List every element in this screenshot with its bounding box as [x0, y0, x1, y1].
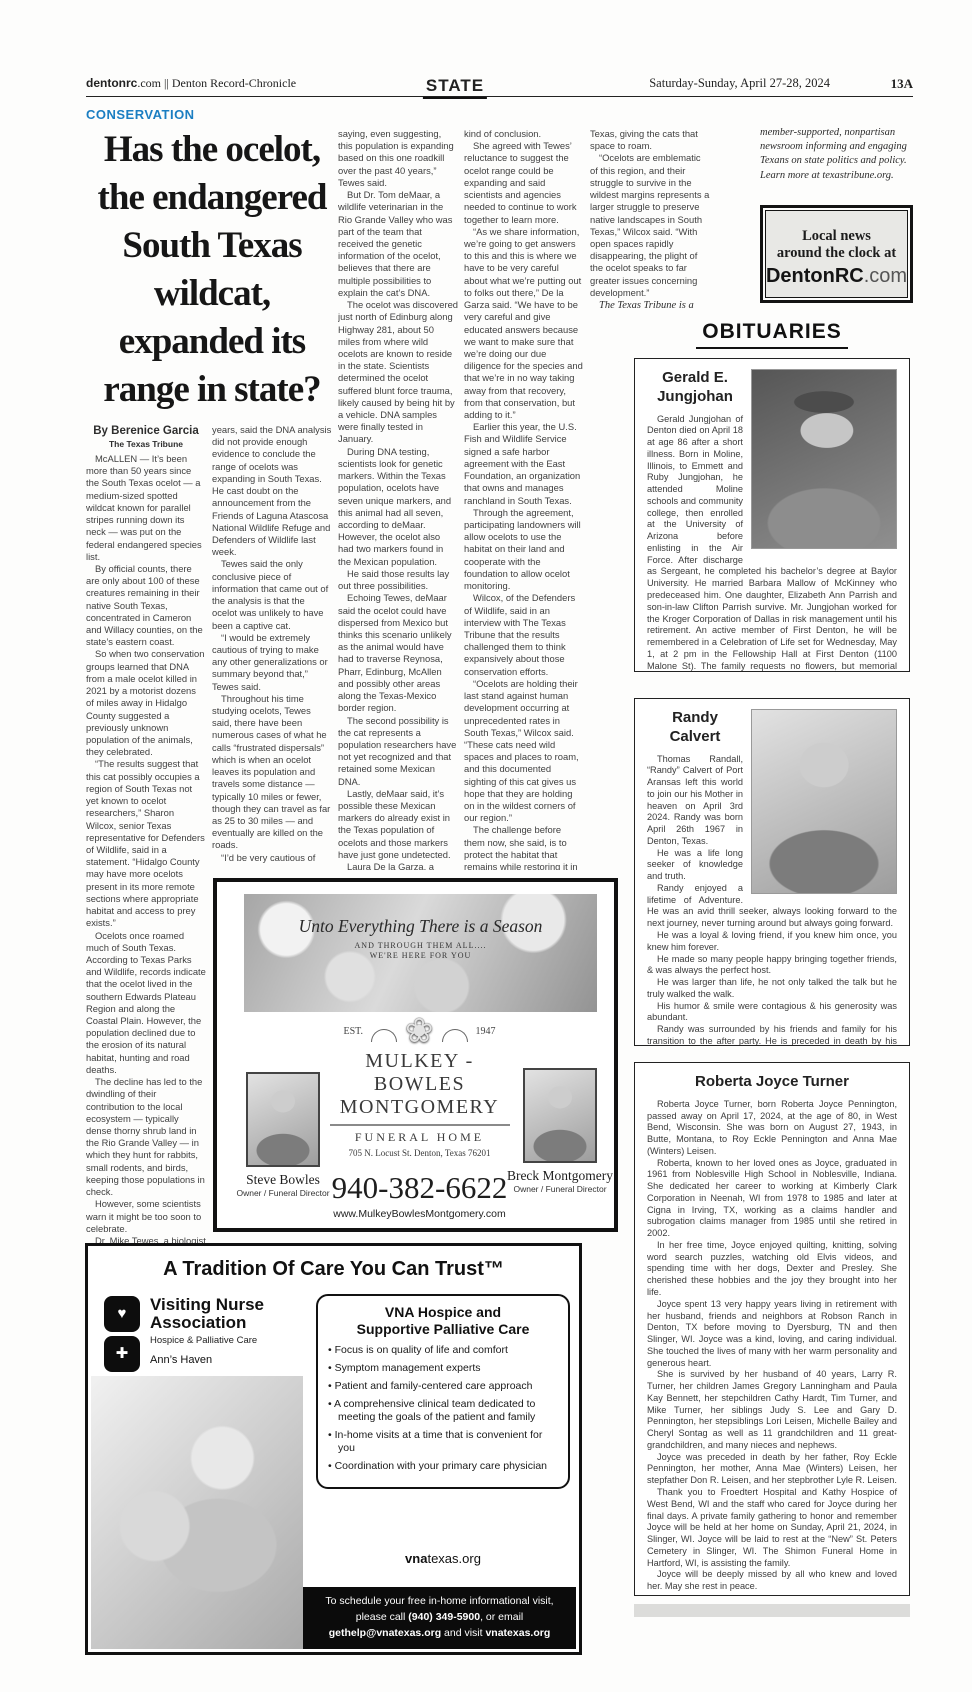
- article-text: Texas, giving the cats that space to roa…: [590, 128, 710, 299]
- byline-org: The Texas Tribune: [86, 439, 206, 450]
- heart-cross-icon: ♥: [104, 1296, 140, 1332]
- randy-portrait-photo: [751, 709, 897, 894]
- vna-services-box: VNA Hospice andSupportive Palliative Car…: [316, 1294, 570, 1489]
- breck-montgomery-photo: [523, 1068, 597, 1163]
- masthead-rule: [86, 96, 913, 97]
- magnolia-flower-icon: ❀: [405, 1012, 434, 1050]
- obituary-name: Roberta Joyce Turner: [647, 1073, 897, 1092]
- obituary-randy-calvert: Randy Calvert Thomas Randall, “Randy” Ca…: [634, 698, 910, 1046]
- steve-bowles-photo: [246, 1072, 320, 1167]
- paper-name: Denton Record-Chronicle: [172, 76, 296, 90]
- cross-icon: ✚: [116, 1345, 129, 1362]
- vna-website: vnatexas.org: [316, 1551, 570, 1566]
- ad-tagline: Unto Everything There is a Season: [244, 916, 597, 937]
- promo-brand: DentonRC.com: [763, 265, 910, 288]
- right-arc-ornament: [442, 1029, 468, 1042]
- tribune-credit-lead: The Texas Tribune is a: [590, 299, 710, 313]
- footer-line3: gethelp@vnatexas.org and visit vnatexas.…: [303, 1626, 576, 1642]
- gerald-portrait-photo: [751, 369, 897, 549]
- org-name: Visiting Nurse Association: [150, 1296, 304, 1332]
- obituary-gerald-jungjohan: Gerald E. Jungjohan Gerald Jungjohan of …: [634, 358, 910, 672]
- obituary-text: Roberta Joyce Turner, born Roberta Joyce…: [647, 1099, 897, 1593]
- newspaper-page: dentonrc.com || Denton Record-Chronicle …: [0, 0, 972, 1692]
- vna-headline: A Tradition Of Care You Can Trust™: [88, 1258, 579, 1281]
- breck-montgomery-label: Breck Montgomery Owner / Funeral Directo…: [500, 1168, 620, 1194]
- address: 705 N. Locust St. Denton, Texas 76201: [322, 1148, 517, 1158]
- medical-cross-icon: ✚: [104, 1336, 140, 1372]
- phone-number: 940-382-6622: [322, 1170, 517, 1206]
- vna-footer-bar: To schedule your free in-home informatio…: [303, 1587, 576, 1649]
- article-kicker: CONSERVATION: [86, 107, 195, 122]
- obituaries-header: OBITUARIES: [696, 320, 848, 349]
- tribune-credit-note: member-supported, nonpartisan newsroom i…: [760, 126, 913, 183]
- masthead-brand: dentonrc.com || Denton Record-Chronicle: [86, 76, 296, 91]
- article-headline: Has the ocelot, the endangered South Tex…: [84, 126, 340, 415]
- article-column-5: Texas, giving the cats that space to roa…: [590, 128, 710, 318]
- vna-logo: ♥ ✚ Visiting Nurse Association Hospice &…: [104, 1296, 304, 1376]
- website-url: www.MulkeyBowlesMontgomery.com: [322, 1208, 517, 1220]
- ad-tagline3: WE'RE HERE FOR YOU: [244, 951, 597, 960]
- empty-ad-strip: [634, 1604, 910, 1617]
- org-subtitle: Hospice & Palliative Care: [150, 1335, 304, 1346]
- org-subtitle2: Ann’s Haven: [150, 1354, 304, 1366]
- business-type: FUNERAL HOME: [322, 1130, 517, 1145]
- vna-hospice-ad: A Tradition Of Care You Can Trust™ ♥ ✚ V…: [85, 1243, 582, 1655]
- article-column-1: By Berenice Garcia The Texas Tribune McA…: [86, 424, 206, 1252]
- byline: By Berenice Garcia: [86, 424, 206, 439]
- article-column-4: kind of conclusion.She agreed with Tewes…: [464, 128, 584, 870]
- services-title: VNA Hospice andSupportive Palliative Car…: [328, 1304, 558, 1338]
- article-column-2: years, said the DNA analysis did not pro…: [212, 424, 332, 866]
- services-bullet-list: Focus is on quality of life and comfortS…: [328, 1344, 558, 1474]
- heart-icon: ♥: [118, 1305, 127, 1322]
- est-year: 1947: [476, 1026, 496, 1037]
- edition-date: Saturday-Sunday, April 27-28, 2024: [649, 76, 830, 91]
- funeral-home-name-line2: MONTGOMERY: [322, 1096, 517, 1119]
- footer-line2: please call (940) 349-5900, or email: [303, 1610, 576, 1626]
- blossom-photo: Unto Everything There is a Season AND TH…: [244, 894, 597, 1012]
- promo-line2: around the clock at: [763, 245, 910, 262]
- funeral-home-name-line1: MULKEY - BOWLES: [322, 1050, 517, 1096]
- left-arc-ornament: [371, 1029, 397, 1042]
- caregiver-patient-photo: [91, 1376, 303, 1649]
- funeral-home-ad: Unto Everything There is a Season AND TH…: [213, 878, 618, 1232]
- obituary-roberta-turner: Roberta Joyce Turner Roberta Joyce Turne…: [634, 1062, 910, 1596]
- dentonrc-promo-box: Local news around the clock at DentonRC.…: [760, 205, 913, 303]
- footer-line1: To schedule your free in-home informatio…: [303, 1594, 576, 1610]
- article-text: McALLEN — It’s been more than 50 years s…: [86, 453, 206, 1252]
- obituaries-section: OBITUARIES: [634, 320, 910, 349]
- article-column-3: saying, even suggesting, this population…: [338, 128, 458, 870]
- divider-rule: [330, 1124, 510, 1126]
- est-label: EST.: [343, 1026, 363, 1037]
- ad-tagline2: AND THROUGH THEM ALL....: [244, 941, 597, 950]
- funeral-home-identity: EST. ❀ 1947 MULKEY - BOWLES MONTGOMERY F…: [322, 1012, 517, 1158]
- page-number: 13A: [891, 76, 913, 92]
- promo-line1: Local news: [763, 228, 910, 245]
